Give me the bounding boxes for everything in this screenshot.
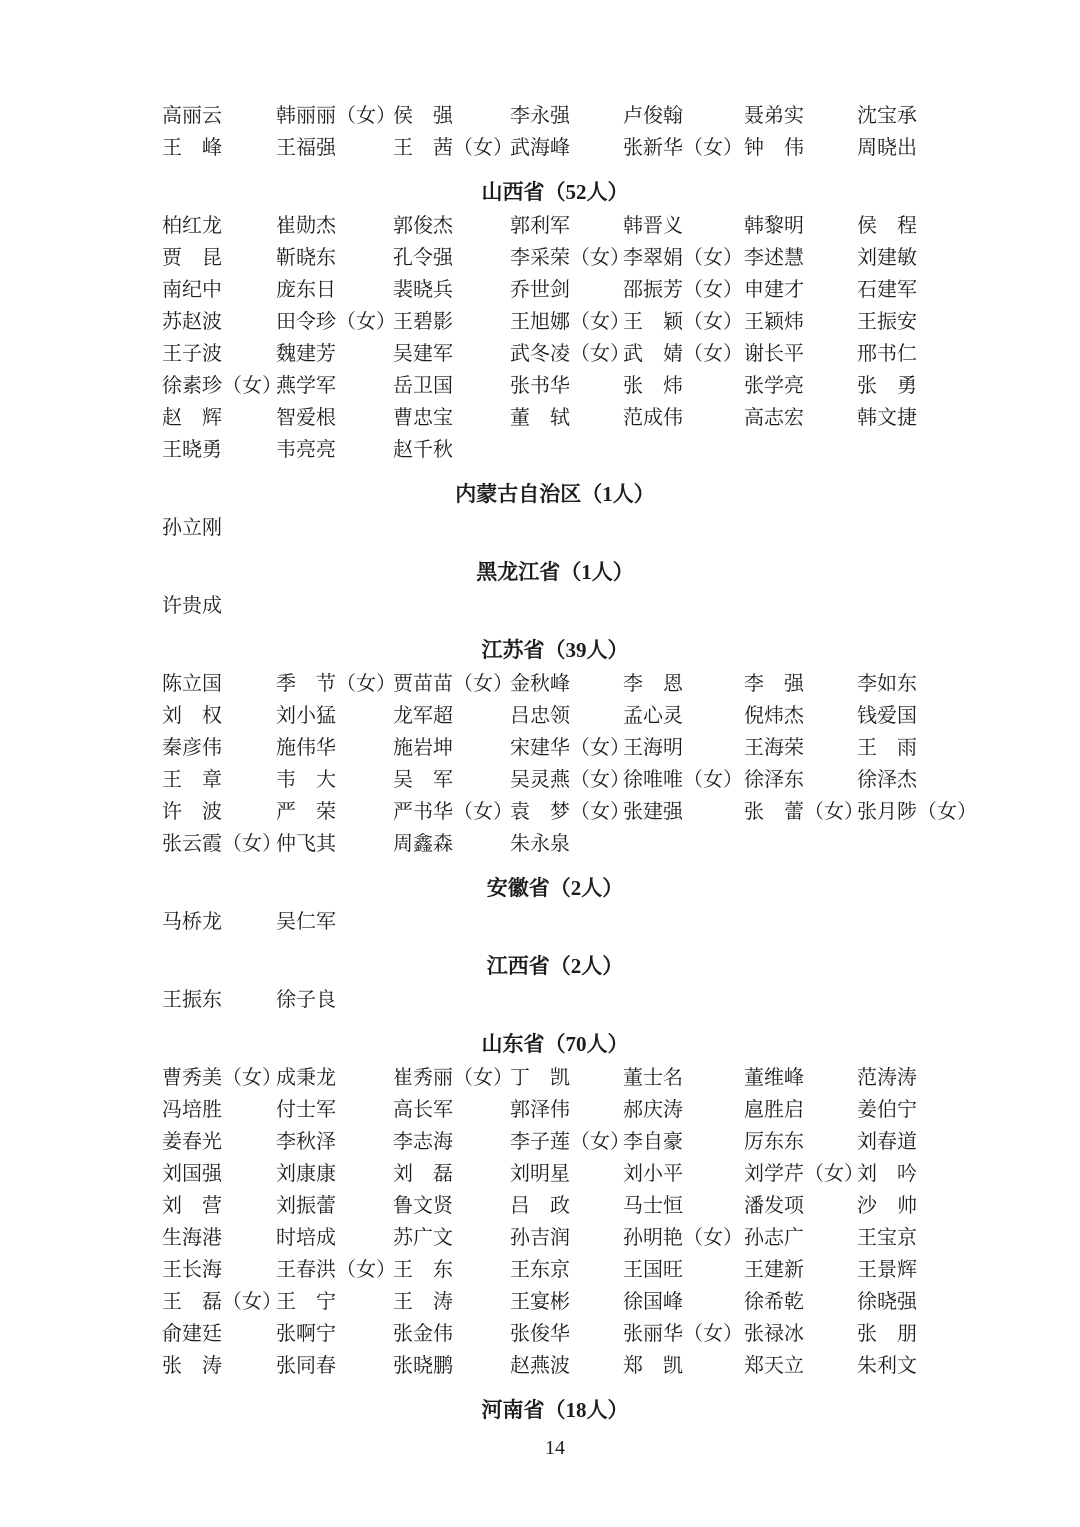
person-name: 袁 梦（女） [510,796,623,828]
person-name: 侯 程 [857,210,948,242]
person-name: 邵振芳（女） [623,274,744,306]
person-name: 聂弟实 [744,100,857,132]
person-name: 崔勋杰 [276,210,393,242]
person-name: 刘 营 [162,1190,276,1222]
person-name: 王长海 [162,1254,276,1286]
name-row: 陈立国季 节（女）贾苗苗（女）金秋峰李 恩李 强李如东 [162,668,948,700]
person-name: 郑 凯 [623,1350,744,1382]
name-row: 曹秀美（女）成秉龙崔秀丽（女）丁 凯董士名董维峰范涛涛 [162,1062,948,1094]
name-row: 秦彦伟施伟华施岩坤宋建华（女）王海明王海荣王 雨 [162,732,948,764]
person-name: 季 节（女） [276,668,393,700]
person-name: 张禄冰 [744,1318,857,1350]
person-name: 金秋峰 [510,668,623,700]
person-name: 王 磊（女） [162,1286,276,1318]
person-name: 成秉龙 [276,1062,393,1094]
person-name: 靳晓东 [276,242,393,274]
person-name: 王建新 [744,1254,857,1286]
person-name: 王宝京 [857,1222,948,1254]
person-name: 柏红龙 [162,210,276,242]
person-name: 赵千秋 [393,434,510,466]
person-name: 马士恒 [623,1190,744,1222]
person-name: 曹忠宝 [393,402,510,434]
person-name: 高志宏 [744,402,857,434]
name-row: 贾 昆靳晓东孔令强李采荣（女）李翠娟（女）李述慧刘建敏 [162,242,948,274]
province-section: 河南省（18人） [162,1394,948,1426]
name-row: 许 波严 荣严书华（女）袁 梦（女）张建强张 蕾（女）张月陟（女） [162,796,948,828]
person-name: 施伟华 [276,732,393,764]
person-name: 范涛涛 [857,1062,948,1094]
person-name: 徐泽杰 [857,764,948,796]
person-name: 申建才 [744,274,857,306]
person-name: 李永强 [510,100,623,132]
person-name: 高丽云 [162,100,276,132]
name-row: 生海港时培成苏广文孙吉润孙明艳（女）孙志广王宝京 [162,1222,948,1254]
person-name: 张月陟（女） [857,796,977,828]
person-name: 乔世剑 [510,274,623,306]
person-name: 南纪中 [162,274,276,306]
person-name: 孙立刚 [162,512,276,544]
person-name: 王国旺 [623,1254,744,1286]
person-name: 庞东日 [276,274,393,306]
section-heading: 江苏省（39人） [162,634,948,666]
person-name: 吴 军 [393,764,510,796]
person-name: 岳卫国 [393,370,510,402]
name-row: 冯培胜付士军高长军郭泽伟郝庆涛扈胜启姜伯宁 [162,1094,948,1126]
person-name: 王宴彬 [510,1286,623,1318]
person-name: 王振东 [162,984,276,1016]
section-heading: 内蒙古自治区（1人） [162,478,948,510]
person-name: 王春洪（女） [276,1254,393,1286]
person-name: 韩黎明 [744,210,857,242]
person-name: 潘发项 [744,1190,857,1222]
person-name: 高长军 [393,1094,510,1126]
person-name: 王颖炜 [744,306,857,338]
person-name: 吕 政 [510,1190,623,1222]
person-name: 鲁文贤 [393,1190,510,1222]
person-name: 郑天立 [744,1350,857,1382]
person-name: 王景辉 [857,1254,948,1286]
name-row: 俞建廷张啊宁张金伟张俊华张丽华（女）张禄冰张 朋 [162,1318,948,1350]
person-name: 王振安 [857,306,948,338]
name-row: 孙立刚 [162,512,948,544]
person-name: 周鑫森 [393,828,510,860]
person-name: 董维峰 [744,1062,857,1094]
person-name: 王 颖（女） [623,306,744,338]
person-name: 马桥龙 [162,906,276,938]
person-name: 郭利军 [510,210,623,242]
name-row: 王子波魏建芳吴建军武冬凌（女）武 婧（女）谢长平邢书仁 [162,338,948,370]
person-name: 贾 昆 [162,242,276,274]
person-name: 吴仁军 [276,906,393,938]
person-name: 吴建军 [393,338,510,370]
person-name: 智爱根 [276,402,393,434]
person-name: 徐子良 [276,984,393,1016]
person-name: 谢长平 [744,338,857,370]
name-row: 王长海王春洪（女）王 东王东京王国旺王建新王景辉 [162,1254,948,1286]
name-row: 王振东徐子良 [162,984,948,1016]
person-name: 苏赵波 [162,306,276,338]
person-name: 生海港 [162,1222,276,1254]
person-name: 徐唯唯（女） [623,764,744,796]
person-name: 陈立国 [162,668,276,700]
person-name: 付士军 [276,1094,393,1126]
person-name: 刘学芹（女） [744,1158,857,1190]
person-name: 孙明艳（女） [623,1222,744,1254]
name-row: 王 章韦 大吴 军吴灵燕（女）徐唯唯（女）徐泽东徐泽杰 [162,764,948,796]
person-name: 扈胜启 [744,1094,857,1126]
name-row: 王 峰王福强王 茜（女）武海峰张新华（女）钟 伟周晓出 [162,132,948,164]
person-name: 王旭娜（女） [510,306,623,338]
person-name: 张晓鹏 [393,1350,510,1382]
name-row: 南纪中庞东日裴晓兵乔世剑邵振芳（女）申建才石建军 [162,274,948,306]
person-name: 张俊华 [510,1318,623,1350]
person-name: 刘小猛 [276,700,393,732]
name-row: 高丽云韩丽丽（女）侯 强李永强卢俊翰聂弟实沈宝承 [162,100,948,132]
person-name: 王 涛 [393,1286,510,1318]
section-heading: 山东省（70人） [162,1028,948,1060]
person-name: 张建强 [623,796,744,828]
person-name: 张丽华（女） [623,1318,744,1350]
person-name: 张 勇 [857,370,948,402]
person-name: 郭俊杰 [393,210,510,242]
person-name: 徐泽东 [744,764,857,796]
person-name: 刘振蕾 [276,1190,393,1222]
continued-name-list: 高丽云韩丽丽（女）侯 强李永强卢俊翰聂弟实沈宝承王 峰王福强王 茜（女）武海峰张… [162,100,948,164]
page-number: 14 [162,1432,948,1464]
person-name: 许贵成 [162,590,276,622]
person-name: 侯 强 [393,100,510,132]
person-name: 崔秀丽（女） [393,1062,510,1094]
person-name: 刘明星 [510,1158,623,1190]
person-name: 卢俊翰 [623,100,744,132]
person-name: 朱永泉 [510,828,623,860]
person-name: 孙志广 [744,1222,857,1254]
person-name: 时培成 [276,1222,393,1254]
name-row: 张云霞（女）仲飞其周鑫森朱永泉 [162,828,948,860]
person-name: 周晓出 [857,132,948,164]
section-heading: 江西省（2人） [162,950,948,982]
person-name: 徐晓强 [857,1286,948,1318]
person-name: 张新华（女） [623,132,744,164]
person-name: 丁 凯 [510,1062,623,1094]
person-name: 厉东东 [744,1126,857,1158]
person-name: 刘 吟 [857,1158,948,1190]
person-name: 田令珍（女） [276,306,393,338]
name-row: 许贵成 [162,590,948,622]
province-section: 山东省（70人）曹秀美（女）成秉龙崔秀丽（女）丁 凯董士名董维峰范涛涛冯培胜付士… [162,1028,948,1382]
person-name: 曹秀美（女） [162,1062,276,1094]
person-name: 李自豪 [623,1126,744,1158]
person-name: 张同春 [276,1350,393,1382]
person-name: 武冬凌（女） [510,338,623,370]
person-name: 王 雨 [857,732,948,764]
person-name: 李采荣（女） [510,242,623,274]
person-name: 张啊宁 [276,1318,393,1350]
person-name: 秦彦伟 [162,732,276,764]
person-name: 董 轼 [510,402,623,434]
section-heading: 河南省（18人） [162,1394,948,1426]
province-section: 安徽省（2人）马桥龙吴仁军 [162,872,948,938]
person-name: 孟心灵 [623,700,744,732]
person-name: 钟 伟 [744,132,857,164]
person-name: 李述慧 [744,242,857,274]
person-name: 董士名 [623,1062,744,1094]
person-name: 张书华 [510,370,623,402]
person-name: 龙军超 [393,700,510,732]
person-name: 韦亮亮 [276,434,393,466]
person-name: 冯培胜 [162,1094,276,1126]
page-content: 高丽云韩丽丽（女）侯 强李永强卢俊翰聂弟实沈宝承王 峰王福强王 茜（女）武海峰张… [162,0,948,1464]
person-name: 张 炜 [623,370,744,402]
person-name: 刘国强 [162,1158,276,1190]
person-name: 王 宁 [276,1286,393,1318]
person-name: 吕忠领 [510,700,623,732]
section-heading: 安徽省（2人） [162,872,948,904]
person-name: 李如东 [857,668,948,700]
person-name: 石建军 [857,274,948,306]
person-name: 严书华（女） [393,796,510,828]
person-name: 李子莲（女） [510,1126,623,1158]
person-name: 孙吉润 [510,1222,623,1254]
person-name: 严 荣 [276,796,393,828]
person-name: 韩文捷 [857,402,948,434]
person-name: 李秋泽 [276,1126,393,1158]
person-name: 燕学军 [276,370,393,402]
name-row: 刘 营刘振蕾鲁文贤吕 政马士恒潘发项沙 帅 [162,1190,948,1222]
person-name: 张 朋 [857,1318,948,1350]
person-name: 吴灵燕（女） [510,764,623,796]
person-name: 徐国峰 [623,1286,744,1318]
person-name: 刘康康 [276,1158,393,1190]
person-name: 刘小平 [623,1158,744,1190]
section-heading: 黑龙江省（1人） [162,556,948,588]
person-name: 张云霞（女） [162,828,276,860]
person-name: 宋建华（女） [510,732,623,764]
person-name: 王福强 [276,132,393,164]
person-name: 姜伯宁 [857,1094,948,1126]
person-name: 刘建敏 [857,242,948,274]
name-row: 刘 权刘小猛龙军超吕忠领孟心灵倪炜杰钱爱国 [162,700,948,732]
name-row: 张 涛张同春张晓鹏赵燕波郑 凯郑天立朱利文 [162,1350,948,1382]
person-name: 朱利文 [857,1350,948,1382]
name-row: 赵 辉智爱根曹忠宝董 轼范成伟高志宏韩文捷 [162,402,948,434]
person-name: 刘 权 [162,700,276,732]
person-name: 刘春道 [857,1126,948,1158]
name-row: 柏红龙崔勋杰郭俊杰郭利军韩晋义韩黎明侯 程 [162,210,948,242]
person-name: 裴晓兵 [393,274,510,306]
person-name: 韦 大 [276,764,393,796]
person-name: 王 峰 [162,132,276,164]
person-name: 韩丽丽（女） [276,100,393,132]
person-name: 王晓勇 [162,434,276,466]
name-row: 苏赵波田令珍（女）王碧影王旭娜（女）王 颖（女）王颖炜王振安 [162,306,948,338]
person-name: 沈宝承 [857,100,948,132]
person-name: 徐素珍（女） [162,370,276,402]
person-name: 韩晋义 [623,210,744,242]
person-name: 王 章 [162,764,276,796]
name-row: 徐素珍（女）燕学军岳卫国张书华张 炜张学亮张 勇 [162,370,948,402]
person-name: 郭泽伟 [510,1094,623,1126]
document-page: 高丽云韩丽丽（女）侯 强李永强卢俊翰聂弟实沈宝承王 峰王福强王 茜（女）武海峰张… [0,0,1080,1527]
person-name: 张 涛 [162,1350,276,1382]
person-name: 张 蕾（女） [744,796,857,828]
person-name: 王海明 [623,732,744,764]
person-name: 施岩坤 [393,732,510,764]
person-name: 王海荣 [744,732,857,764]
province-section: 黑龙江省（1人）许贵成 [162,556,948,622]
name-row: 姜春光李秋泽李志海李子莲（女）李自豪厉东东刘春道 [162,1126,948,1158]
person-name: 王东京 [510,1254,623,1286]
person-name: 王 茜（女） [393,132,510,164]
person-name: 武 婧（女） [623,338,744,370]
person-name: 张金伟 [393,1318,510,1350]
person-name: 李 恩 [623,668,744,700]
person-name: 魏建芳 [276,338,393,370]
province-section: 山西省（52人）柏红龙崔勋杰郭俊杰郭利军韩晋义韩黎明侯 程贾 昆靳晓东孔令强李采… [162,176,948,466]
person-name: 孔令强 [393,242,510,274]
province-section: 内蒙古自治区（1人）孙立刚 [162,478,948,544]
person-name: 王子波 [162,338,276,370]
person-name: 张学亮 [744,370,857,402]
person-name: 徐希乾 [744,1286,857,1318]
person-name: 钱爱国 [857,700,948,732]
person-name: 赵燕波 [510,1350,623,1382]
person-name: 俞建廷 [162,1318,276,1350]
person-name: 郝庆涛 [623,1094,744,1126]
person-name: 李翠娟（女） [623,242,744,274]
person-name: 邢书仁 [857,338,948,370]
province-section: 江西省（2人）王振东徐子良 [162,950,948,1016]
person-name: 仲飞其 [276,828,393,860]
section-heading: 山西省（52人） [162,176,948,208]
province-section: 江苏省（39人）陈立国季 节（女）贾苗苗（女）金秋峰李 恩李 强李如东刘 权刘小… [162,634,948,860]
person-name: 苏广文 [393,1222,510,1254]
name-row: 王 磊（女）王 宁王 涛王宴彬徐国峰徐希乾徐晓强 [162,1286,948,1318]
name-row: 刘国强刘康康刘 磊刘明星刘小平刘学芹（女）刘 吟 [162,1158,948,1190]
province-sections: 山西省（52人）柏红龙崔勋杰郭俊杰郭利军韩晋义韩黎明侯 程贾 昆靳晓东孔令强李采… [162,176,948,1426]
person-name: 姜春光 [162,1126,276,1158]
person-name: 赵 辉 [162,402,276,434]
name-row: 马桥龙吴仁军 [162,906,948,938]
person-name: 李 强 [744,668,857,700]
person-name: 许 波 [162,796,276,828]
person-name: 王 东 [393,1254,510,1286]
person-name: 刘 磊 [393,1158,510,1190]
person-name: 沙 帅 [857,1190,948,1222]
person-name: 李志海 [393,1126,510,1158]
person-name: 王碧影 [393,306,510,338]
person-name: 范成伟 [623,402,744,434]
person-name: 倪炜杰 [744,700,857,732]
person-name: 贾苗苗（女） [393,668,510,700]
person-name: 武海峰 [510,132,623,164]
name-row: 王晓勇韦亮亮赵千秋 [162,434,948,466]
